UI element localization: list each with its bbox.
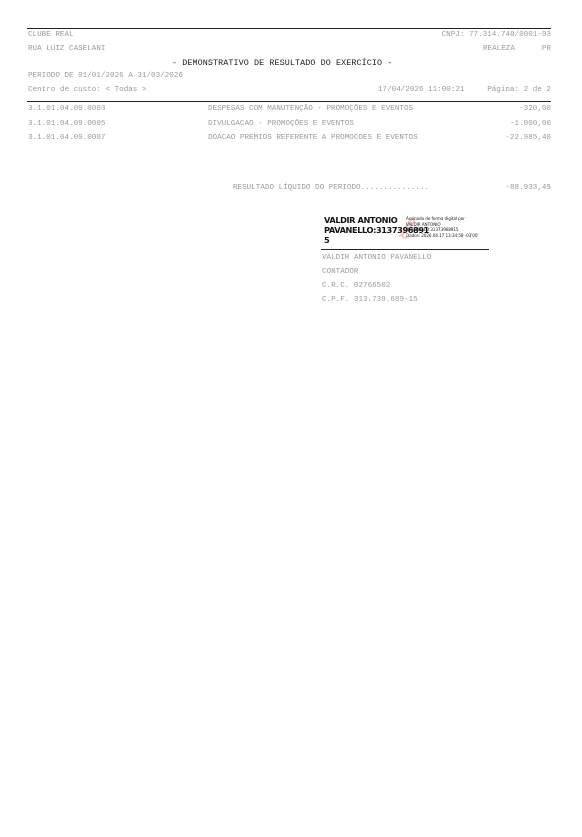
- signer-cpf: C.P.F. 313.739.689-15: [322, 295, 418, 305]
- city: REALEZA: [483, 44, 515, 54]
- signature-info: Assinado de forma digital por VALDIR ANT…: [406, 216, 478, 238]
- account-code: 3.1.01.04.09.0005: [28, 119, 105, 129]
- account-code: 3.1.01.04.09.0007: [28, 133, 105, 143]
- state: PR: [542, 44, 551, 54]
- net-result-label: RESULTADO LÍQUIDO DO PERIODO............…: [233, 183, 429, 193]
- account-description: DESPESAS COM MANUTENÇÃO - PROMOÇÕES E EV…: [208, 104, 413, 114]
- report-title: - DEMONSTRATIVO DE RESULTADO DO EXERCÍCI…: [172, 58, 392, 68]
- signer-role: CONTADOR: [322, 267, 358, 277]
- account-value: -320,00: [519, 104, 551, 114]
- printed-at: 17/04/2026 11:00:21: [378, 85, 465, 95]
- header-top-rule: [27, 28, 551, 29]
- signature-info-line: Dados: 2026.04.17 13:34:58 -03'00': [406, 233, 478, 239]
- period: PERIODO DE 01/01/2026 A 31/03/2026: [28, 71, 183, 81]
- account-description: DOACAO PREMIOS REFERENTE A PROMOCOES E E…: [208, 133, 418, 143]
- net-result-value: -88.933,49: [505, 183, 551, 193]
- cost-center: Centro de custo: < Todas >: [28, 85, 146, 95]
- account-value: -1.000,00: [510, 119, 551, 129]
- signature-line: [321, 249, 489, 250]
- company-name: CLUBE REAL: [28, 30, 74, 40]
- account-description: DIVULGACAO - PROMOÇÕES E EVENTOS: [208, 119, 354, 129]
- cnpj: CNPJ: 77.314.748/0001-93: [442, 30, 551, 40]
- page-number: Página: 2 de 2: [487, 85, 551, 95]
- signer-name: VALDIR ANTONIO PAVANELLO: [322, 253, 431, 263]
- account-value: -22.985,40: [505, 133, 551, 143]
- company-address: RUA LUIZ CASELANI: [28, 44, 105, 54]
- header-bottom-rule: [27, 101, 551, 102]
- account-code: 3.1.01.04.09.0003: [28, 104, 105, 114]
- digital-signature: ℓ VALDIR ANTONIO PAVANELLO:3137396891 5 …: [321, 213, 489, 249]
- signer-crc: C.R.C. 02766502: [322, 281, 390, 291]
